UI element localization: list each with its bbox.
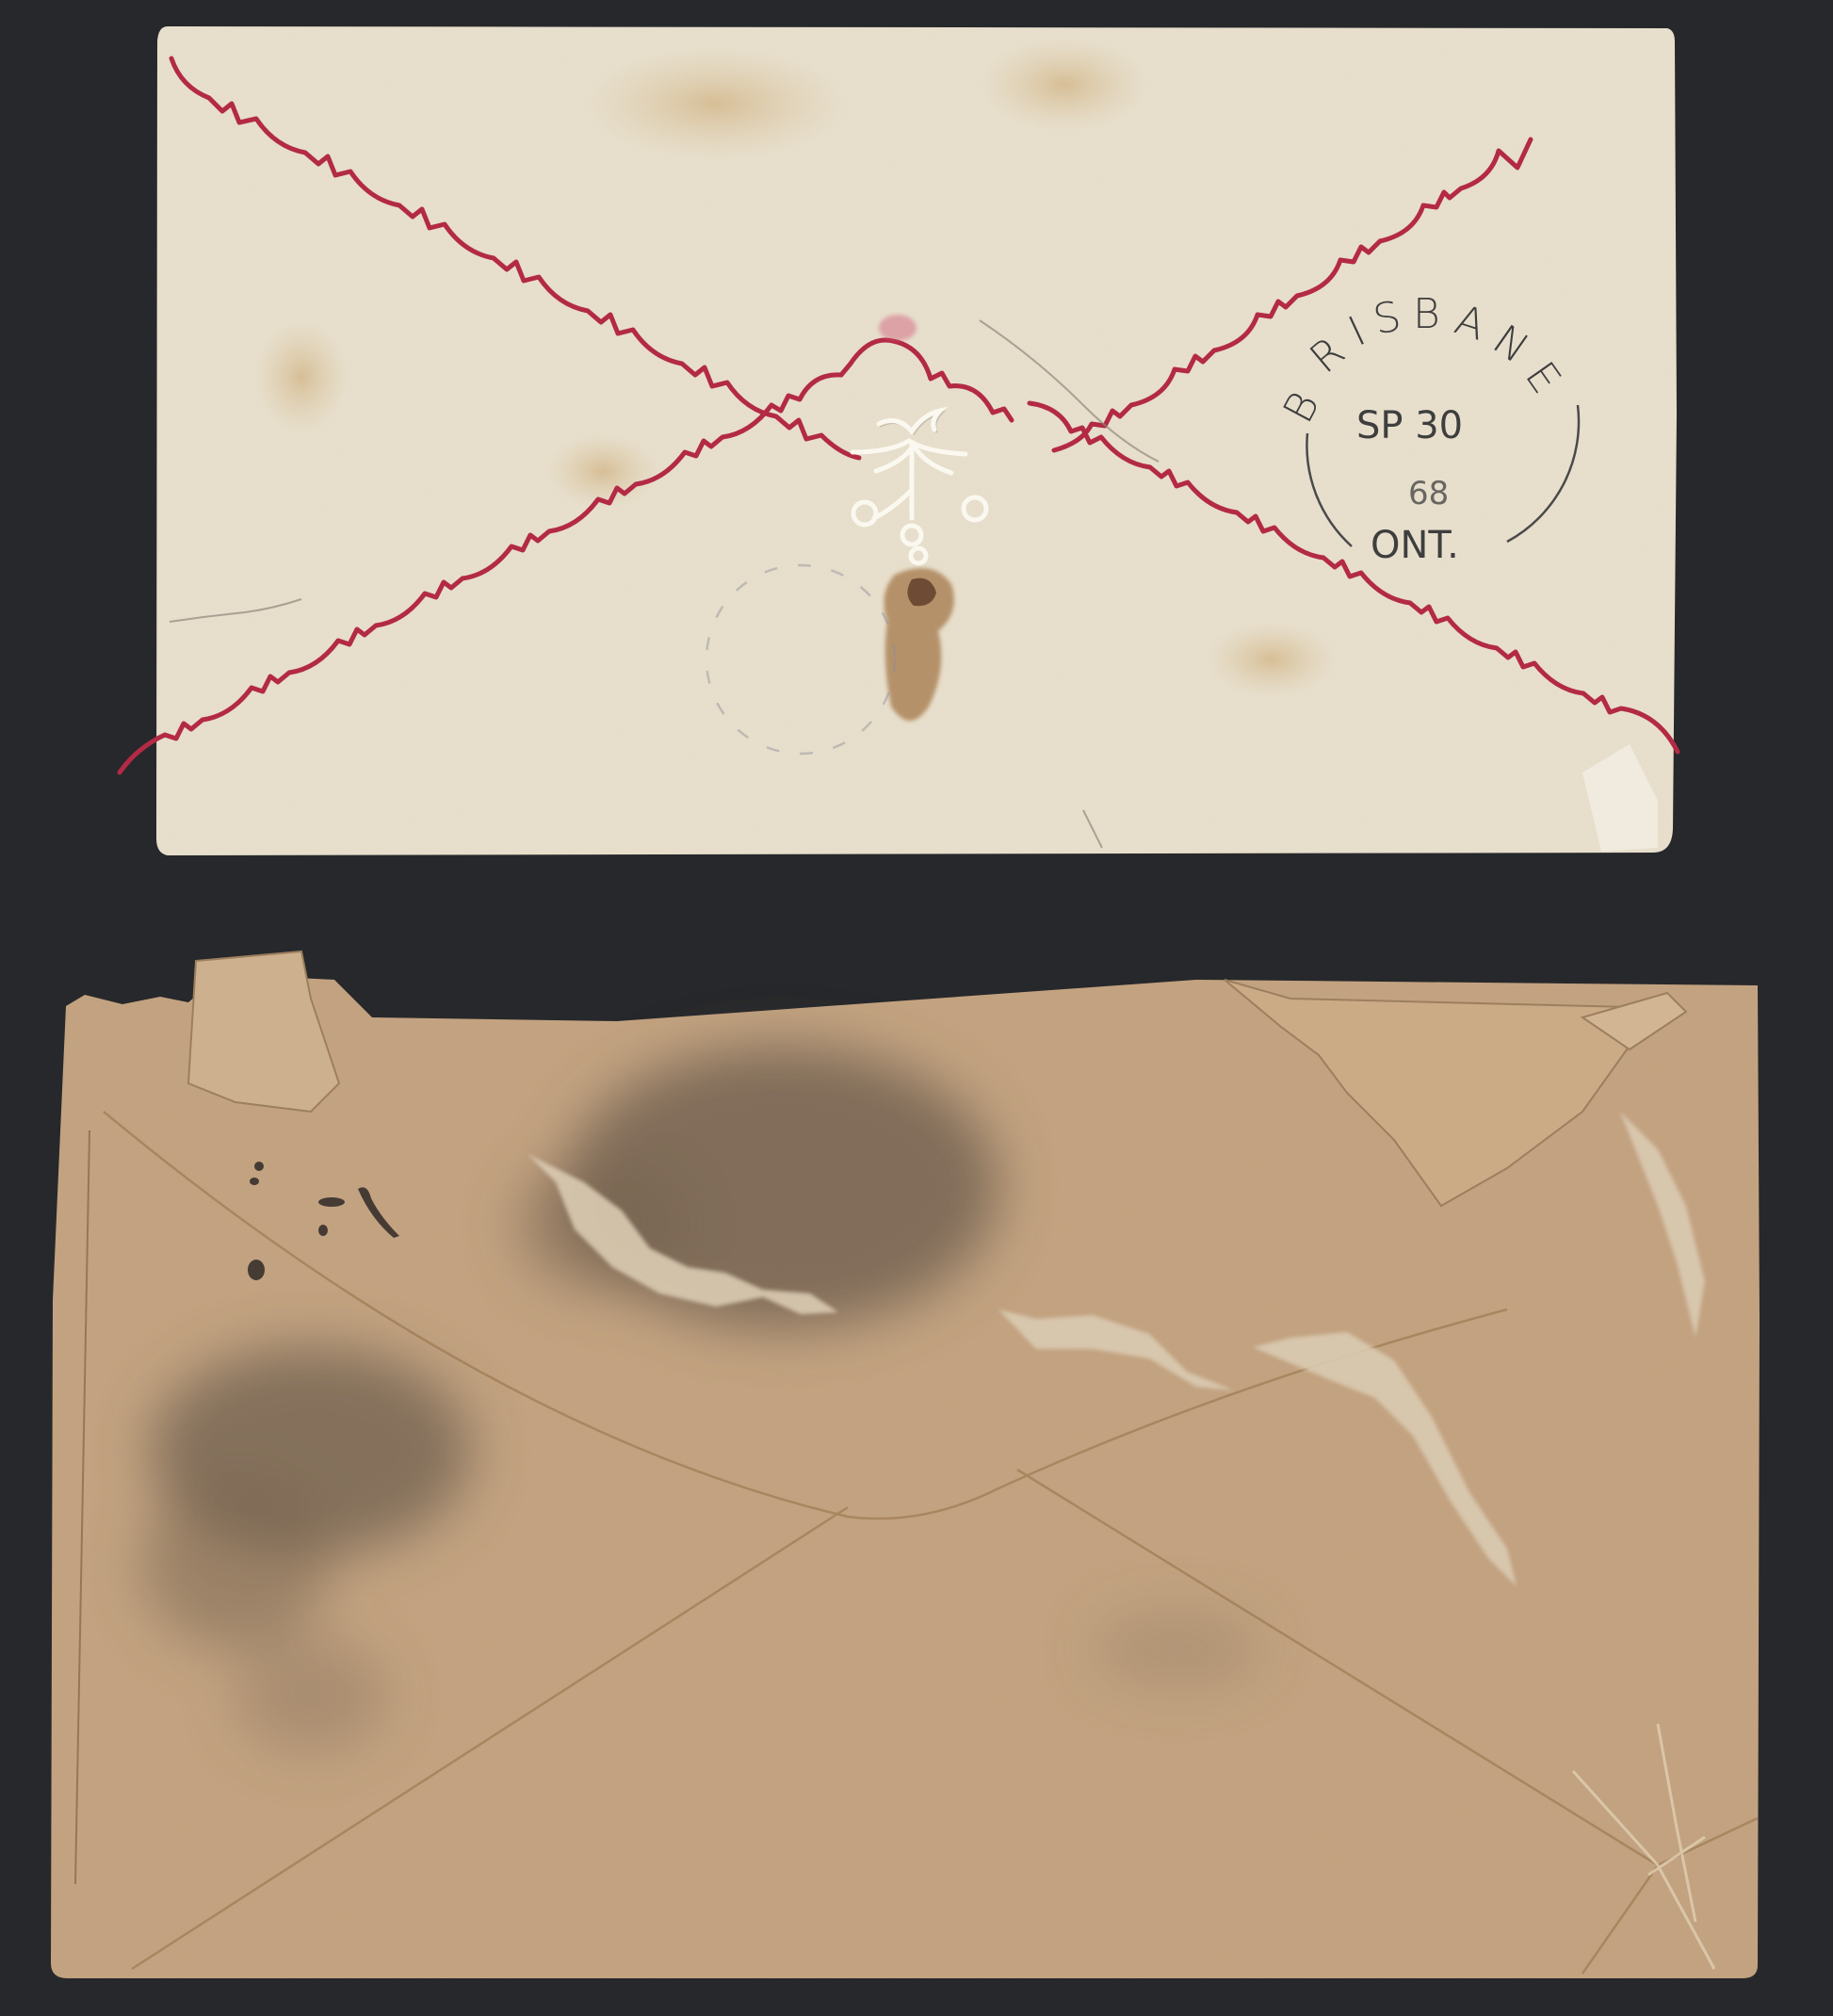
svg-text:B: B <box>1413 290 1440 338</box>
envelopes-illustration: BRISBANE B R I S B A N E SP 30 68 ONT. <box>0 0 1833 2016</box>
top-envelope: BRISBANE B R I S B A N E SP 30 68 ONT. <box>120 26 1678 855</box>
postmark-province: ONT. <box>1371 524 1459 567</box>
postmark-date: SP 30 <box>1356 404 1463 447</box>
photo-stage: BRISBANE B R I S B A N E SP 30 68 ONT. <box>0 0 1833 2016</box>
postmark-year: 68 <box>1408 475 1449 512</box>
bottom-envelope <box>51 951 1760 1978</box>
